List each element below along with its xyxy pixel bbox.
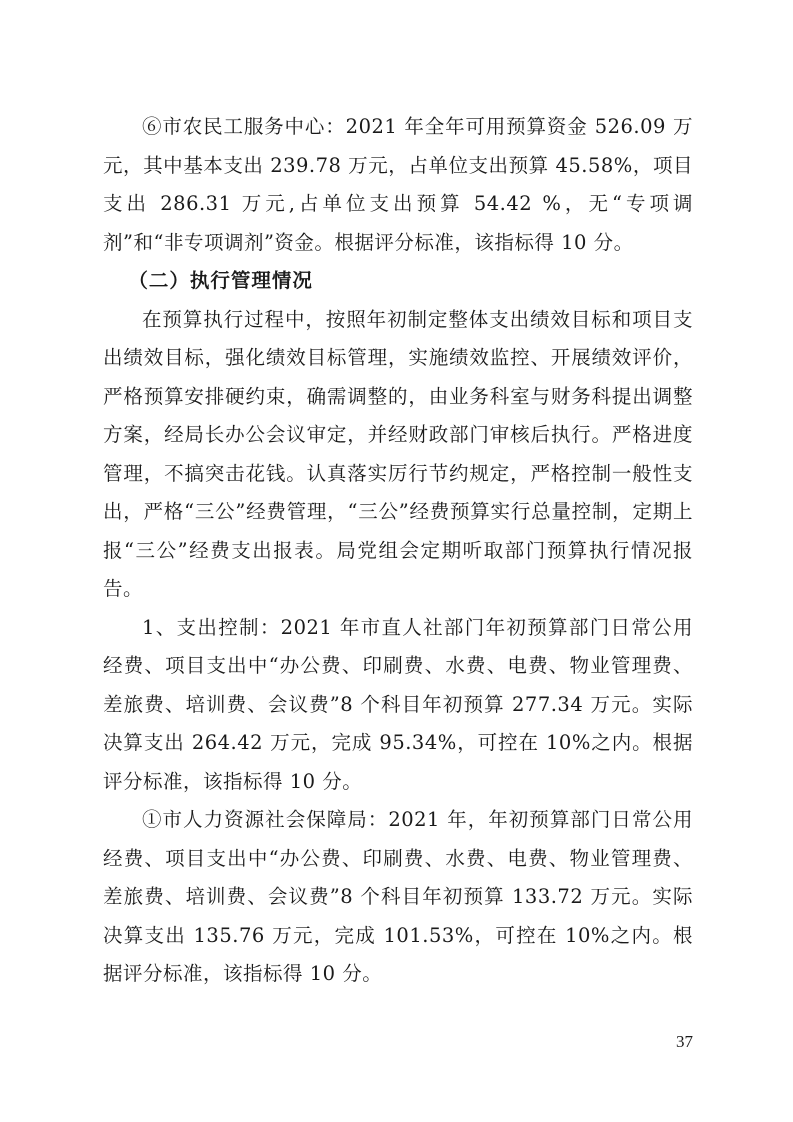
paragraph-hr-social-security-bureau: ①市人力资源社会保障局：2021 年，年初预算部门日常公用经费、项目支出中“办公…: [103, 801, 693, 994]
paragraph-budget-execution: 在预算执行过程中，按照年初制定整体支出绩效目标和项目支出绩效目标，强化绩效目标管…: [103, 301, 693, 609]
section-heading-execution-management: （二）执行管理情况: [103, 262, 693, 301]
document-page: ⑥市农民工服务中心：2021 年全年可用预算资金 526.09 万元，其中基本支…: [103, 108, 693, 994]
page-number: 37: [676, 1032, 693, 1052]
paragraph-expenditure-control: 1、支出控制：2021 年市直人社部门年初预算部门日常公用经费、项目支出中“办公…: [103, 609, 693, 802]
paragraph-rural-migrant-worker-center: ⑥市农民工服务中心：2021 年全年可用预算资金 526.09 万元，其中基本支…: [103, 108, 693, 262]
